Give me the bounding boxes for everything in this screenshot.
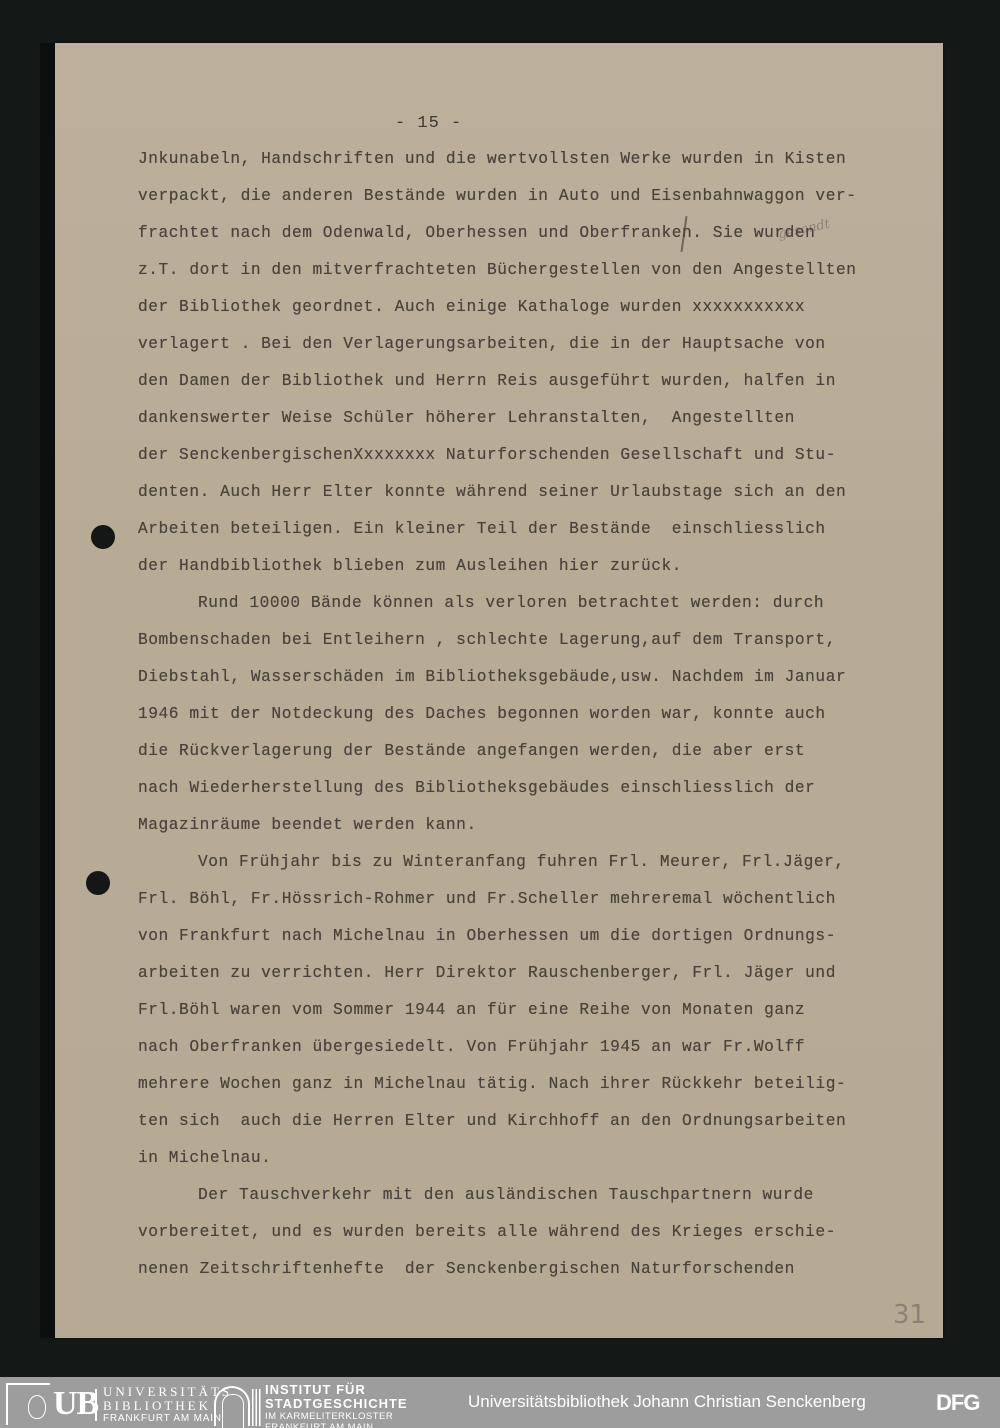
text-line: frachtet nach dem Odenwald, Oberhessen u… [138, 220, 948, 257]
text-line: der Handbibliothek blieben zum Ausleihen… [138, 553, 948, 590]
text-line: nenen Zeitschriftenhefte der Senckenberg… [138, 1256, 948, 1293]
punch-hole-upper [91, 525, 115, 549]
isg-line-1: INSTITUT FÜR [265, 1383, 408, 1397]
text-line: dankenswerter Weise Schüler höherer Lehr… [138, 405, 948, 442]
text-line: Magazinräume beendet werden kann. [138, 812, 948, 849]
isg-logo-text: INSTITUT FÜR STADTGESCHICHTE IM KARMELIT… [265, 1383, 408, 1428]
gothic-arch-icon [214, 1386, 250, 1426]
paper-shadow-edge [40, 43, 56, 1338]
text-line: vorbereitet, und es wurden bereits alle … [138, 1219, 948, 1256]
text-line: mehrere Wochen ganz in Michelnau tätig. … [138, 1071, 948, 1108]
isg-institute-logo[interactable]: INSTITUT FÜR STADTGESCHICHTE IM KARMELIT… [214, 1383, 394, 1425]
text-line: Frl.Böhl waren vom Sommer 1944 an für ei… [138, 997, 948, 1034]
columns-icon [252, 1389, 262, 1426]
ub-line-3: FRANKFURT AM MAIN [103, 1413, 232, 1425]
page-number: - 15 - [395, 114, 462, 133]
text-line: 1946 mit der Notdeckung des Daches begon… [138, 701, 948, 738]
text-line: der Bibliothek geordnet. Auch einige Kat… [138, 294, 948, 331]
text-line: nach Wiederherstellung des Bibliotheksge… [138, 775, 948, 812]
paragraph-start-line: Der Tauschverkehr mit den ausländischen … [138, 1182, 948, 1219]
text-line: von Frankfurt nach Michelnau in Oberhess… [138, 923, 948, 960]
text-line: arbeiten zu verrichten. Herr Direktor Ra… [138, 960, 948, 997]
ub-letters: UB [53, 1385, 98, 1423]
text-line: Frl. Böhl, Fr.Hössrich-Rohmer und Fr.Sch… [138, 886, 948, 923]
ub-logo-text: UNIVERSITÄTS BIBLIOTHEK FRANKFURT AM MAI… [103, 1385, 232, 1425]
dfg-logo[interactable]: DFG [936, 1390, 979, 1416]
text-line: ten sich auch die Herren Elter und Kirch… [138, 1108, 948, 1145]
paragraph-start-line: Rund 10000 Bände können als verloren bet… [138, 590, 948, 627]
isg-line-3: IM KARMELITERKLOSTER [265, 1411, 408, 1422]
text-line: den Damen der Bibliothek und Herrn Reis … [138, 368, 948, 405]
text-line: verlagert . Bei den Verlagerungsarbeiten… [138, 331, 948, 368]
text-line: der SenckenbergischenXxxxxxxx Naturforsc… [138, 442, 948, 479]
ub-library-logo[interactable]: UB UNIVERSITÄTS BIBLIOTHEK FRANKFURT AM … [6, 1383, 202, 1425]
isg-line-2: STADTGESCHICHTE [265, 1397, 408, 1411]
text-line: Arbeiten beteiligen. Ein kleiner Teil de… [138, 516, 948, 553]
footer-bar: UB UNIVERSITÄTS BIBLIOTHEK FRANKFURT AM … [0, 1377, 1000, 1428]
punch-hole-lower [86, 871, 110, 895]
text-line: nach Oberfranken übergesiedelt. Von Früh… [138, 1034, 948, 1071]
portrait-icon [6, 1383, 50, 1425]
text-line: verpackt, die anderen Bestände wurden in… [138, 183, 948, 220]
text-line: Jnkunabeln, Handschriften und die wertvo… [138, 146, 948, 183]
text-line: Bombenschaden bei Entleihern , schlechte… [138, 627, 948, 664]
logo-divider [95, 1389, 97, 1421]
text-line: Diebstahl, Wasserschäden im Bibliotheksg… [138, 664, 948, 701]
text-line: die Rückverlagerung der Bestände angefan… [138, 738, 948, 775]
handwritten-folio-number: 31 [893, 1300, 926, 1330]
paragraph-start-line: Von Frühjahr bis zu Winteranfang fuhren … [138, 849, 948, 886]
typed-body-text: Jnkunabeln, Handschriften und die wertvo… [138, 146, 948, 1293]
footer-title: Universitätsbibliothek Johann Christian … [468, 1392, 866, 1412]
isg-line-4: FRANKFURT AM MAIN [265, 1422, 408, 1428]
text-line: denten. Auch Herr Elter konnte während s… [138, 479, 948, 516]
text-line: z.T. dort in den mitverfrachteten Bücher… [138, 257, 948, 294]
ub-line-2: BIBLIOTHEK [103, 1399, 232, 1413]
text-line: in Michelnau. [138, 1145, 948, 1182]
ub-line-1: UNIVERSITÄTS [103, 1385, 232, 1399]
